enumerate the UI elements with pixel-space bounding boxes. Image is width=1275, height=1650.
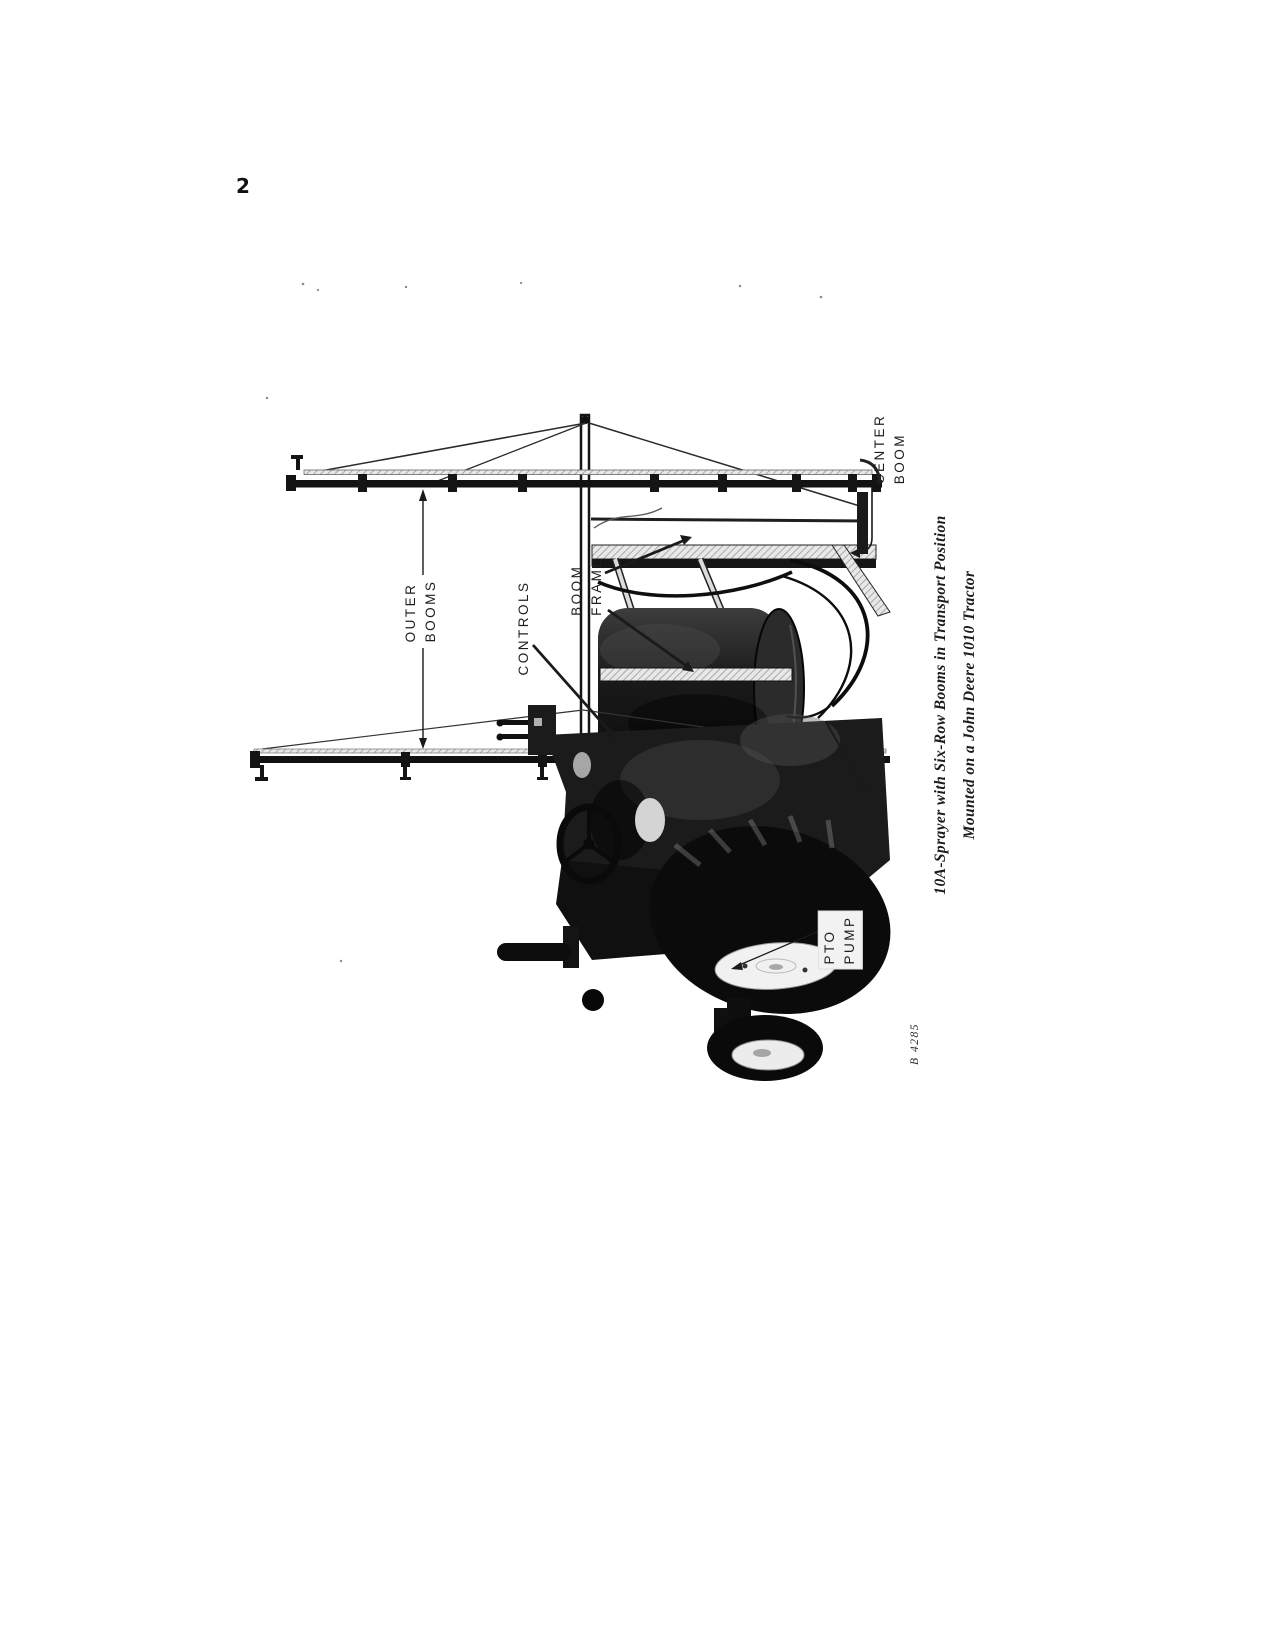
label-controls: CONTROLS [514,580,534,675]
photo-id: B 4285 [909,1023,921,1065]
manual-page: 2 [0,0,1275,1650]
label-center-boom: CENTER BOOM [870,414,911,485]
label-outer-booms: OUTER BOOMS [401,580,442,643]
label-barrel: BARREL [862,790,882,859]
label-boom-frame: BOOM FRAME [567,556,608,616]
figure-caption: 10A-Sprayer with Six-Row Booms in Transp… [927,515,985,894]
label-pto-pump-line2: PUMP [840,915,860,964]
label-boom-frame-line1: BOOM [567,556,587,616]
figure-caption-line2: Mounted on a John Deere 1010 Tractor [956,515,985,894]
label-barrel-text: BARREL [862,790,882,859]
page-number: 2 [236,174,250,198]
label-center-boom-line2: BOOM [890,414,910,485]
label-pto-pump-line1: PTO [820,915,840,964]
boom-frame [591,492,890,616]
label-outer-booms-line2: BOOMS [421,580,441,643]
controls-valves [497,705,557,755]
muffler [497,943,571,961]
hitch-ball [582,989,604,1011]
label-boom-frame-line2: FRAME [587,556,607,616]
label-pto-pump: PTO PUMP [818,910,863,969]
label-controls-text: CONTROLS [514,580,534,675]
label-outer-booms-line1: OUTER [401,580,421,643]
label-center-boom-line1: CENTER [870,414,890,485]
figure-caption-line1: 10A-Sprayer with Six-Row Booms in Transp… [927,515,956,894]
